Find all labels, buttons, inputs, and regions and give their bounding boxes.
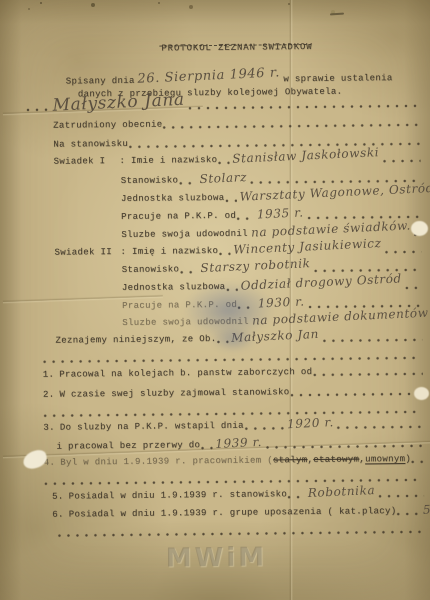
dotted-leader — [224, 195, 236, 204]
field-row-swiadek2-name: Swiadek II : Imię i nazwisko Wincenty Ja… — [54, 241, 421, 259]
field-label: Sluzbe swoja udowodnil — [121, 229, 248, 241]
item-option-underlined: umownym — [365, 454, 405, 465]
handwritten-value: Stanisław Jaskołowski — [232, 146, 379, 165]
item-number: 1. — [43, 370, 55, 381]
field-label: Pracuje na P.K.P. od — [122, 300, 237, 312]
field-label: Sluzbe swoja udowodnil — [122, 317, 249, 329]
dotted-leader — [162, 119, 420, 131]
field-label: Jednostka sluzbowa — [122, 282, 226, 294]
dotted-separator — [43, 347, 421, 365]
dotted-leader — [216, 336, 228, 345]
dotted-leader — [290, 388, 424, 398]
item-option-struck: etatowym — [313, 454, 359, 465]
item-row-2: 2. W czasie swej sluzby zajmowal stanowi… — [43, 383, 423, 401]
citizen-name-row: Małyszko Jana — [26, 91, 420, 113]
handwritten-value: Starszy robotnik — [200, 257, 311, 274]
dotted-leader — [26, 104, 50, 113]
dotted-leader — [57, 526, 422, 539]
dotted-leader — [411, 456, 424, 465]
dotted-leader — [236, 213, 254, 222]
dotted-leader — [287, 491, 305, 500]
dotted-leader — [322, 334, 422, 344]
field-label: Jednostka sluzbowa — [121, 193, 225, 205]
dotted-leader — [178, 177, 196, 186]
field-row-swiadek1-name: Swiadek I : Imie i nazwisko Stanisław Ja… — [53, 150, 420, 168]
dotted-leader — [337, 421, 424, 431]
item-row-3: 3. Do sluzby na P.K.P. wstapil dnia 1920… — [43, 416, 423, 434]
handwritten-value: Robotnika — [308, 484, 376, 499]
item-row-6: 6. Posiadal w dniu 1.9.1939 r. grupe upo… — [52, 503, 424, 521]
field-row-swiadek2-jednostka: Jednostka sluzbowa Oddział drogowy Ostró… — [122, 277, 422, 294]
dotted-separator — [57, 521, 422, 539]
dotted-leader — [378, 490, 424, 499]
item-number: 3. — [43, 423, 55, 434]
dotted-leader — [382, 155, 420, 164]
document-content: PROTOKOL ZEZNAN SWIADKOW Spisany dnia 26… — [0, 0, 430, 600]
witness-prefix: Swiadek II — [54, 247, 120, 259]
item-number: 6. — [52, 510, 64, 521]
dotted-leader — [179, 266, 197, 275]
item-row-1: 1. Pracowal na kolejach b. panstw zaborc… — [43, 363, 423, 381]
dotted-leader — [218, 248, 230, 257]
dotted-leader — [188, 100, 420, 111]
handwritten-citizen-name: Małyszko Jana — [52, 92, 185, 114]
dotted-leader — [405, 282, 422, 291]
item-text: Do sluzby na P.K.P. wstapil dnia — [60, 421, 244, 434]
item-number: 2. — [43, 390, 55, 401]
item-row-4: 4. Byl w dniu 1.9.1939 r. pracownikiem (… — [44, 451, 424, 469]
witness-prefix: Swiadek I — [53, 156, 119, 168]
dotted-leader — [217, 157, 229, 166]
field-label: : Imię i nazwisko — [120, 246, 218, 258]
item-text: Pracowal na kolejach b. panstw zaborczyc… — [59, 367, 312, 381]
dotted-leader — [225, 284, 237, 293]
title-row: PROTOKOL ZEZNAN SWIADKOW — [161, 39, 312, 55]
handwritten-value: 1939 r. — [215, 436, 262, 450]
handwritten-date: 26. Sierpnia 1946 r. — [137, 67, 280, 85]
archive-watermark: MWiM — [166, 542, 268, 573]
item-option-struck: stalym — [273, 455, 308, 466]
item-text: W czasie swej sluzby zajmowal stanowisko — [59, 387, 289, 400]
handwritten-value: 5 — [423, 503, 430, 515]
paper-damage-spot — [411, 221, 428, 236]
handwritten-value: Oddział drogowy Ostród — [240, 272, 402, 291]
dotted-leader — [237, 302, 255, 311]
dotted-leader — [385, 246, 422, 255]
dotted-leader — [265, 440, 424, 451]
field-label: Na stanowisku — [53, 139, 128, 151]
field-row-zeznajemy: Zeznajemy niniejszym, ze Ob. Małyszko Ja… — [55, 329, 422, 347]
dotted-leader — [244, 422, 284, 431]
field-label: Pracuje na P.K.P. od — [121, 211, 236, 223]
item-number: 5. — [52, 492, 64, 503]
handwritten-value: Wincenty Jasiukiewicz — [233, 237, 382, 256]
item-text: i pracowal bez przerwy do — [56, 440, 200, 453]
item-row-5: 5. Posiadal w dniu 1.9.1939 r. stanowisk… — [52, 485, 424, 503]
field-label: : Imie i nazwisko — [119, 155, 217, 167]
field-row-zatrudniony: Zatrudniony obecnie — [53, 114, 420, 132]
field-label: Stanowisko — [122, 264, 180, 276]
field-row-swiadek2-udowodnil: Sluzbe swoja udowodnil na podstawie doku… — [122, 312, 422, 329]
dotted-leader — [200, 442, 212, 451]
field-label: Stanowisko — [121, 175, 179, 187]
item-text: Byl w dniu 1.9.1939 r. pracownikiem ( — [60, 455, 273, 468]
handwritten-value: 1930 r. — [258, 295, 305, 309]
handwritten-value: Stolarz — [199, 171, 247, 185]
item-text: Posiadal w dniu 1.9.1939 r. grupe uposaz… — [69, 506, 397, 520]
field-label: Zeznajemy niniejszym, ze Ob. — [55, 334, 216, 347]
dotted-leader — [397, 508, 421, 517]
document-photo: PROTOKOL ZEZNAN SWIADKOW Spisany dnia 26… — [0, 0, 430, 600]
handwritten-value: na podstawie świadków. — [250, 219, 410, 238]
handwritten-value: 1935 r. — [257, 206, 304, 220]
handwritten-value: 1920 r. — [286, 416, 333, 430]
handwritten-value: Małyszko Jan — [231, 328, 319, 344]
field-row-swiadek1-jednostka: Jednostka sluzbowa Warsztaty Wagonowe, O… — [121, 188, 421, 205]
item-text: Posiadal w dniu 1.9.1939 r. stanowisko — [69, 489, 288, 502]
dotted-leader — [312, 368, 423, 378]
paper-damage-spot — [414, 387, 429, 400]
item-row-3-continuation: i pracowal bez przerwy do 1939 r. — [56, 435, 423, 453]
field-label: Zatrudniony obecnie — [53, 120, 162, 132]
